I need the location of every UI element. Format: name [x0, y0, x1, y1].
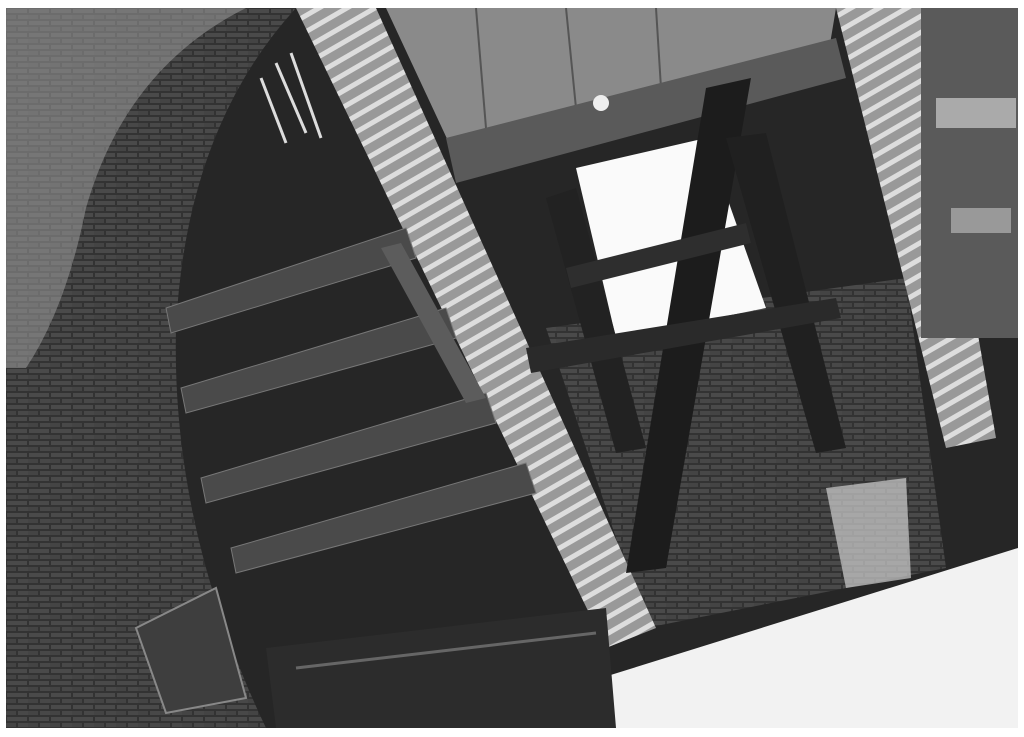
- right-upper-structure: [921, 8, 1018, 338]
- photo-scene: [6, 8, 1018, 728]
- photograph: [6, 8, 1018, 728]
